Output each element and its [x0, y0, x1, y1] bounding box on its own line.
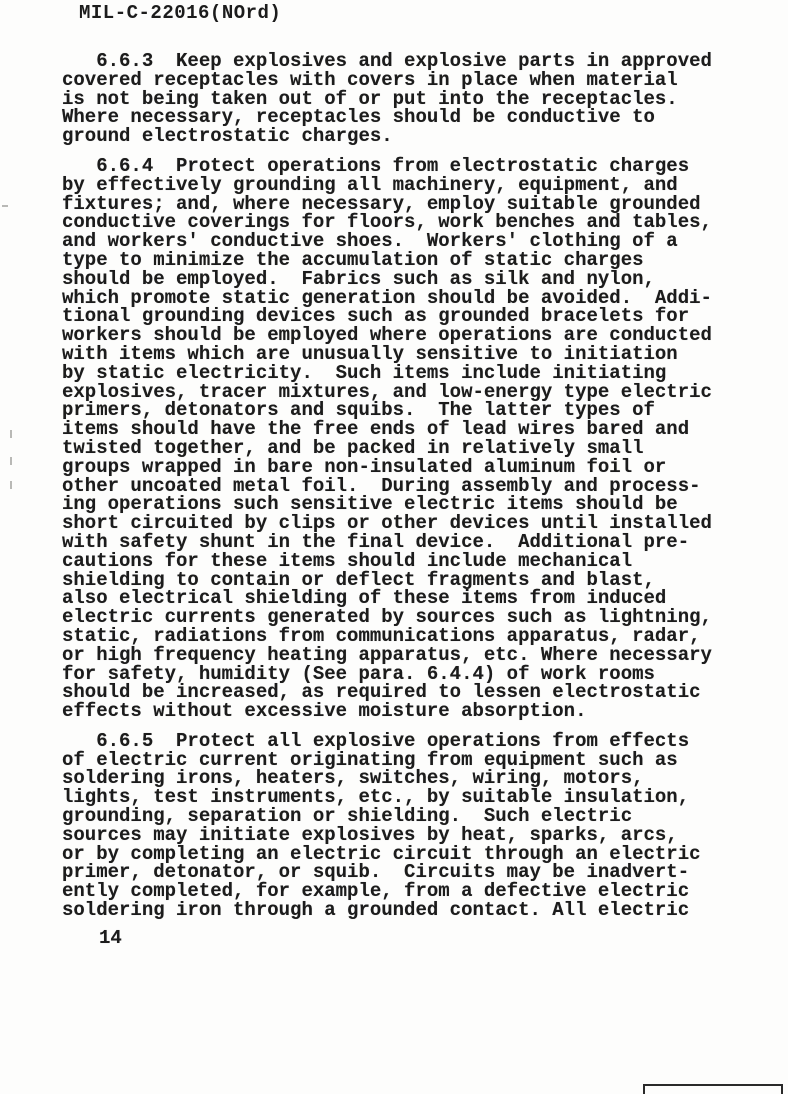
scan-speck	[10, 457, 12, 465]
scan-speck	[10, 430, 12, 438]
bottom-right-box-artifact	[643, 1084, 783, 1094]
document-id-header: MIL-C-22016(NOrd)	[79, 2, 281, 24]
paragraph-6-6-4: 6.6.4 Protect operations from electrosta…	[62, 157, 752, 721]
paragraph-6-6-3: 6.6.3 Keep explosives and explosive part…	[62, 52, 752, 146]
scan-speck	[10, 481, 12, 489]
paragraph-6-6-5: 6.6.5 Protect all explosive operations f…	[62, 732, 752, 920]
document-body: 6.6.3 Keep explosives and explosive part…	[62, 52, 752, 931]
page-number: 14	[99, 927, 122, 949]
document-page: MIL-C-22016(NOrd) 6.6.3 Keep explosives …	[0, 0, 788, 1094]
scan-speck	[2, 205, 8, 207]
